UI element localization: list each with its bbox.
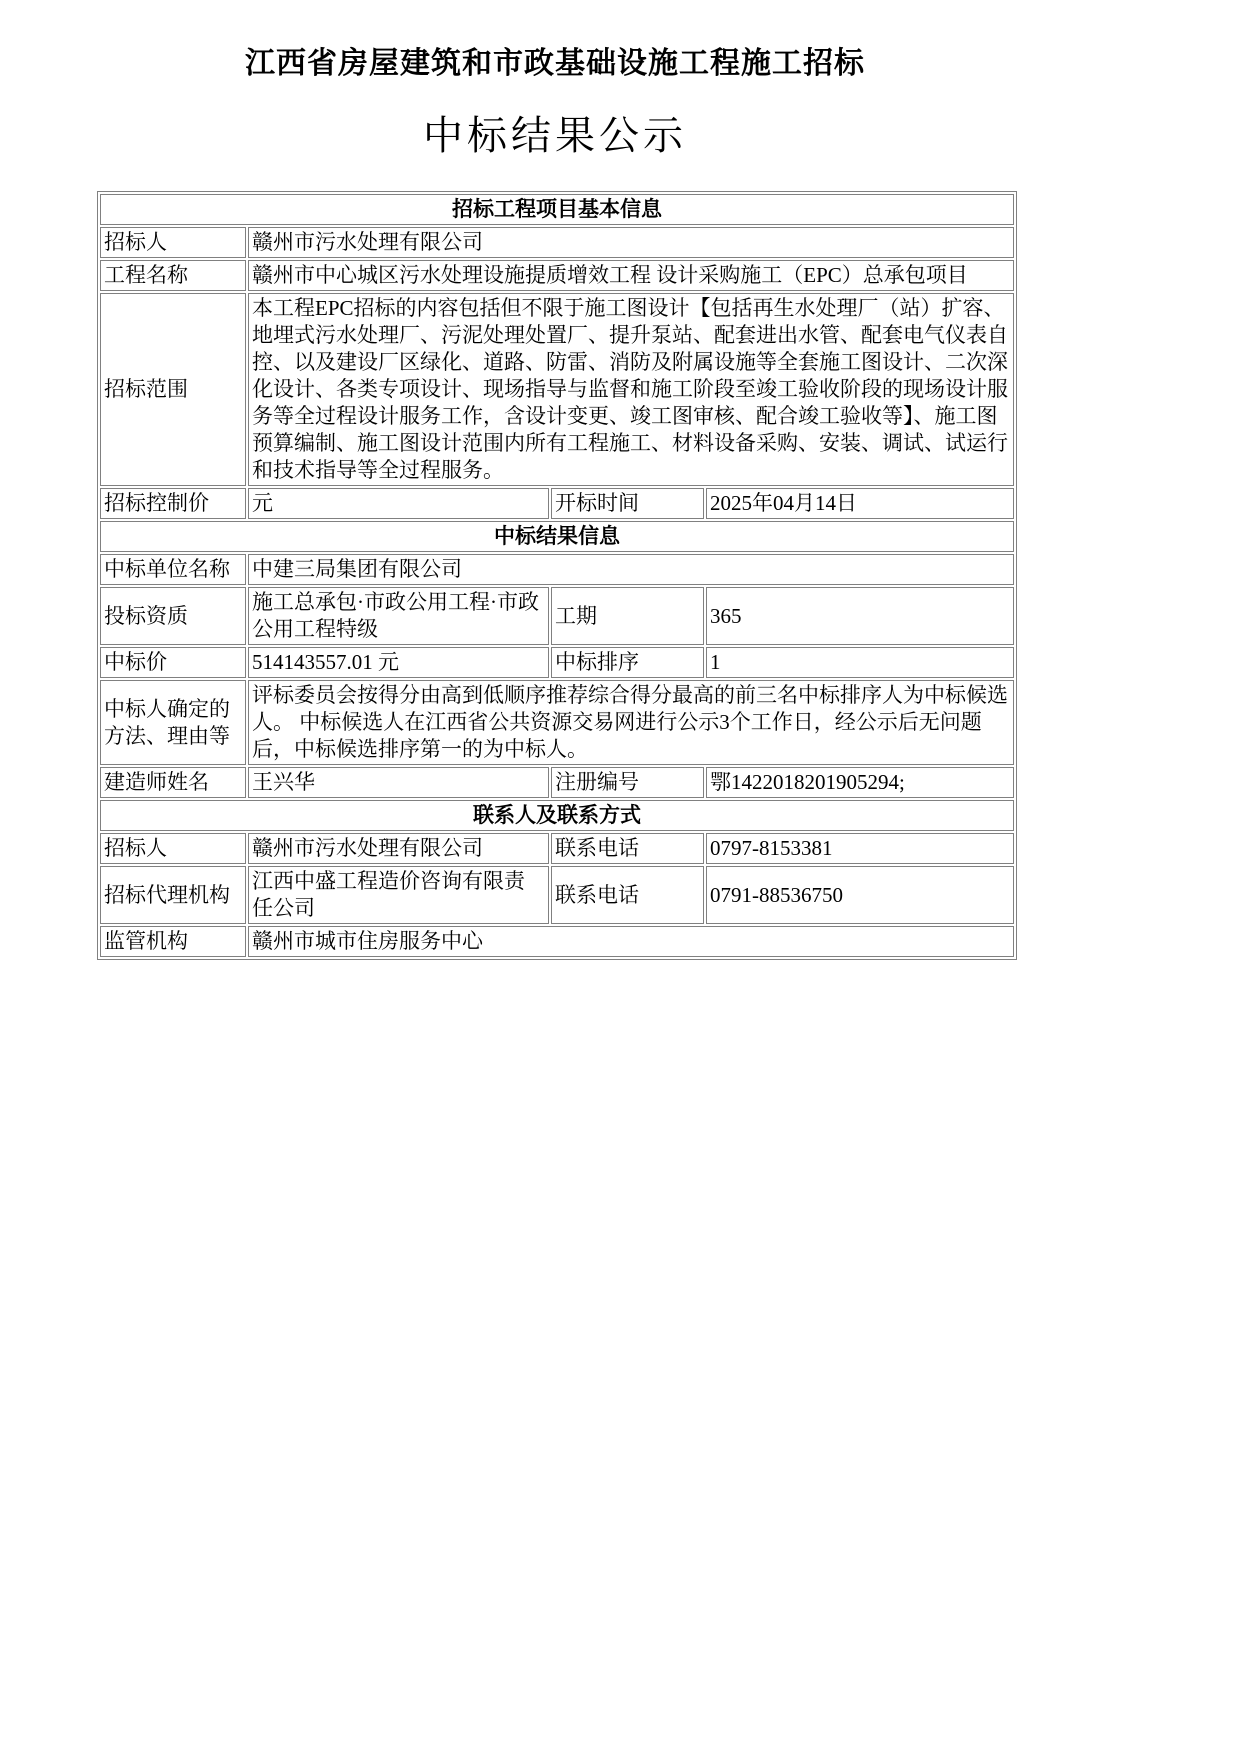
qualification-value-cell: 施工总承包·市政公用工程·市政公用工程特级	[248, 587, 549, 645]
contact-bidder-phone-value-cell: 0797-8153381	[706, 833, 1014, 864]
control-price-value-cell: 元	[248, 488, 549, 519]
supervisor-label-cell: 监管机构	[100, 926, 246, 957]
qualification-label-cell: 投标资质	[100, 587, 246, 645]
row-project-name: 工程名称 赣州市中心城区污水处理设施提质增效工程 设计采购施工（EPC）总承包项…	[100, 260, 1014, 291]
reg-no-value-cell: 鄂1422018201905294;	[706, 767, 1014, 798]
contact-agency-label-cell: 招标代理机构	[100, 866, 246, 924]
price-value-cell: 514143557.01 元	[248, 647, 549, 678]
row-contact-agency: 招标代理机构 江西中盛工程造价咨询有限责任公司 联系电话 0791-885367…	[100, 866, 1014, 924]
method-value-cell: 评标委员会按得分由高到低顺序推荐综合得分最高的前三名中标排序人为中标候选人。 中…	[248, 680, 1014, 765]
builder-label-cell: 建造师姓名	[100, 767, 246, 798]
open-time-value-cell: 2025年04月14日	[706, 488, 1014, 519]
reg-no-label-cell: 注册编号	[551, 767, 704, 798]
row-method: 中标人确定的方法、理由等 评标委员会按得分由高到低顺序推荐综合得分最高的前三名中…	[100, 680, 1014, 765]
bidder-value-cell: 赣州市污水处理有限公司	[248, 227, 1014, 258]
bid-result-table: 招标工程项目基本信息 招标人 赣州市污水处理有限公司 工程名称 赣州市中心城区污…	[97, 191, 1017, 960]
contact-bidder-phone-label-cell: 联系电话	[551, 833, 704, 864]
rank-value-cell: 1	[706, 647, 1014, 678]
scope-label-cell: 招标范围	[100, 293, 246, 486]
open-time-label-cell: 开标时间	[551, 488, 704, 519]
row-qualification-duration: 投标资质 施工总承包·市政公用工程·市政公用工程特级 工期 365	[100, 587, 1014, 645]
section-header-basic-info: 招标工程项目基本信息	[100, 194, 1014, 225]
row-bidder: 招标人 赣州市污水处理有限公司	[100, 227, 1014, 258]
project-name-value-cell: 赣州市中心城区污水处理设施提质增效工程 设计采购施工（EPC）总承包项目	[248, 260, 1014, 291]
section-header-result-info: 中标结果信息	[100, 521, 1014, 552]
contact-bidder-value-cell: 赣州市污水处理有限公司	[248, 833, 549, 864]
row-scope: 招标范围 本工程EPC招标的内容包括但不限于施工图设计【包括再生水处理厂（站）扩…	[100, 293, 1014, 486]
document-page: 江西省房屋建筑和市政基础设施工程施工招标 中标结果公示 招标工程项目基本信息 招…	[0, 0, 1240, 1755]
scope-value-cell: 本工程EPC招标的内容包括但不限于施工图设计【包括再生水处理厂（站）扩容、地埋式…	[248, 293, 1014, 486]
row-winner: 中标单位名称 中建三局集团有限公司	[100, 554, 1014, 585]
contact-agency-phone-value-cell: 0791-88536750	[706, 866, 1014, 924]
control-price-label-cell: 招标控制价	[100, 488, 246, 519]
rank-label-cell: 中标排序	[551, 647, 704, 678]
contact-agency-phone-label-cell: 联系电话	[551, 866, 704, 924]
price-label-cell: 中标价	[100, 647, 246, 678]
method-label-cell: 中标人确定的方法、理由等	[100, 680, 246, 765]
winner-value-cell: 中建三局集团有限公司	[248, 554, 1014, 585]
section-row-basic: 招标工程项目基本信息	[100, 194, 1014, 225]
builder-value-cell: 王兴华	[248, 767, 549, 798]
doc-title: 江西省房屋建筑和市政基础设施工程施工招标	[97, 38, 1013, 82]
contact-agency-value-cell: 江西中盛工程造价咨询有限责任公司	[248, 866, 549, 924]
winner-label-cell: 中标单位名称	[100, 554, 246, 585]
contact-bidder-label-cell: 招标人	[100, 833, 246, 864]
row-supervisor: 监管机构 赣州市城市住房服务中心	[100, 926, 1014, 957]
section-row-result: 中标结果信息	[100, 521, 1014, 552]
project-name-label-cell: 工程名称	[100, 260, 246, 291]
row-contact-bidder: 招标人 赣州市污水处理有限公司 联系电话 0797-8153381	[100, 833, 1014, 864]
supervisor-value-cell: 赣州市城市住房服务中心	[248, 926, 1014, 957]
doc-subtitle: 中标结果公示	[97, 104, 1013, 161]
row-builder-regno: 建造师姓名 王兴华 注册编号 鄂1422018201905294;	[100, 767, 1014, 798]
bidder-label-cell: 招标人	[100, 227, 246, 258]
duration-value-cell: 365	[706, 587, 1014, 645]
duration-label-cell: 工期	[551, 587, 704, 645]
row-price-rank: 中标价 514143557.01 元 中标排序 1	[100, 647, 1014, 678]
section-header-contact-info: 联系人及联系方式	[100, 800, 1014, 831]
section-row-contact: 联系人及联系方式	[100, 800, 1014, 831]
document-content: 江西省房屋建筑和市政基础设施工程施工招标 中标结果公示 招标工程项目基本信息 招…	[97, 38, 1013, 960]
row-control-price-open-time: 招标控制价 元 开标时间 2025年04月14日	[100, 488, 1014, 519]
